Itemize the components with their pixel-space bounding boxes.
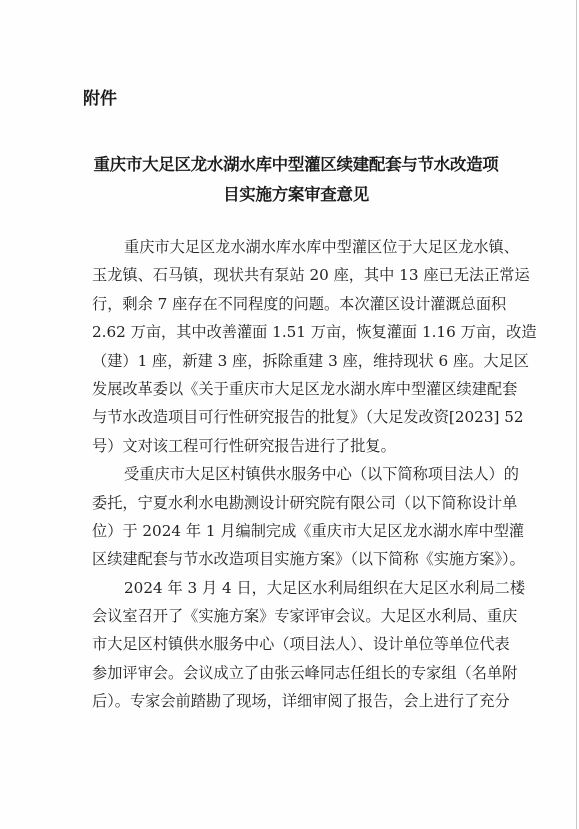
title-line: 目实施方案审查意见 bbox=[92, 180, 500, 210]
document-title: 重庆市大足区龙水湖水库中型灌区续建配套与节水改造项 目实施方案审查意见 bbox=[92, 150, 500, 210]
paragraph-3-line: 2024 年 3 月 4 日，大足区水利局组织在大足区水利局二楼 bbox=[92, 574, 500, 602]
paragraph-2-line: 委托，宁夏水利水电勘测设计研究院有限公司（以下简称设计单 bbox=[92, 489, 500, 517]
paragraph-1-line: 与节水改造项目可行性研究报告的批复》（大足发改资[2023] 52 bbox=[92, 403, 500, 431]
paragraph-1-line: 号）文对该工程可行性研究报告进行了批复。 bbox=[92, 432, 500, 460]
paragraph-1-line: 发展改革委以《关于重庆市大足区龙水湖水库中型灌区续建配套 bbox=[92, 375, 500, 403]
paragraph-3-line: 后）。专家会前踏勘了现场，详细审阅了报告，会上进行了充分 bbox=[92, 687, 500, 715]
paragraph-2-line: 区续建配套与节水改造项目实施方案》（以下简称《实施方案》）。 bbox=[92, 545, 500, 573]
paragraph-1-line: 玉龙镇、石马镇，现状共有泵站 20 座，其中 13 座已无法正常运 bbox=[92, 261, 500, 289]
paragraph-2-line: 位）于 2024 年 1 月编制完成《重庆市大足区龙水湖水库中型灌 bbox=[92, 517, 500, 545]
attachment-label: 附件 bbox=[83, 84, 117, 109]
paragraph-1-line: 重庆市大足区龙水湖水库水库中型灌区位于大足区龙水镇、 bbox=[92, 233, 500, 261]
scan-edge-line bbox=[576, 0, 577, 829]
paragraph-2-line: 受重庆市大足区村镇供水服务中心（以下简称项目法人）的 bbox=[92, 460, 500, 488]
paragraph-3-line: 市大足区村镇供水服务中心（项目法人）、设计单位等单位代表 bbox=[92, 630, 500, 658]
paragraph-1-line: 2.62 万亩，其中改善灌面 1.51 万亩，恢复灌面 1.16 万亩，改造 bbox=[92, 318, 500, 346]
paragraph-1-line: 行，剩余 7 座存在不同程度的问题。本次灌区设计灌溉总面积 bbox=[92, 290, 500, 318]
paragraph-1-line: （建）1 座，新建 3 座，拆除重建 3 座，维持现状 6 座。大足区 bbox=[92, 347, 500, 375]
title-line: 重庆市大足区龙水湖水库中型灌区续建配套与节水改造项 bbox=[92, 150, 500, 180]
document-page: 附件 重庆市大足区龙水湖水库中型灌区续建配套与节水改造项 目实施方案审查意见 重… bbox=[0, 0, 579, 829]
document-body: 重庆市大足区龙水湖水库水库中型灌区位于大足区龙水镇、 玉龙镇、石马镇，现状共有泵… bbox=[92, 233, 500, 716]
paragraph-3-line: 参加评审会。会议成立了由张云峰同志任组长的专家组（名单附 bbox=[92, 659, 500, 687]
paragraph-3-line: 会议室召开了《实施方案》专家评审会议。大足区水利局、重庆 bbox=[92, 602, 500, 630]
